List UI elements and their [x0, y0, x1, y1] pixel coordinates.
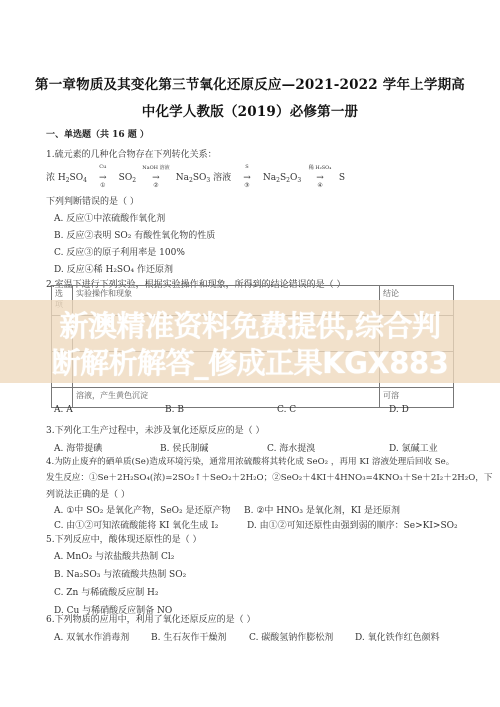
- q2-option-b[interactable]: B. B: [165, 405, 184, 415]
- q1-prompt: 下列判断错误的是（ ）: [46, 194, 139, 207]
- q4-option-a[interactable]: A. ①中 SO₂ 是氧化产物，SeO₂ 是还原产物: [54, 503, 231, 516]
- q1-option-b[interactable]: B. 反应②表明 SO₂ 有酸性氧化物的性质: [54, 228, 215, 241]
- reaction-arrow-1: Cu→①: [93, 173, 113, 183]
- q4-option-d[interactable]: D. 由①②可知还原性由强到弱的顺序：Se>KI>SO₂: [247, 518, 458, 531]
- q4-option-b[interactable]: B. ②中 HNO₃ 是氧化剂，KI 是还原剂: [244, 503, 400, 516]
- q3-option-a[interactable]: A. 海带提碘: [54, 441, 102, 454]
- q5-option-a[interactable]: A. MnO₂ 与浓盐酸共热制 Cl₂: [54, 549, 174, 562]
- reaction-arrow-4: 稀 H₂SO₄→④: [307, 173, 333, 183]
- q4-stem-line3: 列说法正确的是（ ）: [46, 487, 130, 500]
- q1-stem: 1.硫元素的几种化合物存在下列转化关系：: [46, 147, 217, 160]
- q5-option-b[interactable]: B. Na₂SO₃ 与浓硫酸共热制 SO₂: [54, 567, 186, 580]
- q6-stem: 6.下列物质的应用中，利用了氧化还原反应的是（ ）: [46, 612, 255, 625]
- q3-option-b[interactable]: B. 侯氏制碱: [160, 441, 208, 454]
- document-page: 第一章物质及其变化第三节氧化还原反应—2021-2022 学年上学期高 中化学人…: [0, 0, 500, 707]
- q6-option-a[interactable]: A. 双氧水作消毒剂: [54, 630, 129, 643]
- watermark-text-line1: 新澳精准资料免费提供,综合判: [0, 304, 500, 345]
- section-heading: 一、单选题（共 16 题 ）: [46, 127, 149, 140]
- q1-reaction-chain: 浓 H2SO4 Cu→① SO2 NaOH 溶液→② Na2SO3 溶液 S→③…: [46, 170, 345, 183]
- document-title-line2: 中化学人教版（2019）必修第一册: [0, 100, 500, 120]
- q4-option-c[interactable]: C. 由①②可知浓硫酸能将 KI 氧化生成 I₂: [54, 518, 218, 531]
- q3-option-c[interactable]: C. 海水提溴: [267, 441, 315, 454]
- watermark-text-line2: 断解析解答_修成正果KGX883: [0, 341, 500, 382]
- q6-option-b[interactable]: B. 生石灰作干燥剂: [151, 630, 226, 643]
- q4-stem-line2: 发生反应：①Se＋2H₂SO₄(浓)=2SO₂↑＋SeO₂＋2H₂O；②SeO₂…: [46, 471, 492, 483]
- q1-option-c[interactable]: C. 反应③的原子利用率是 100%: [54, 245, 185, 258]
- q1-option-a[interactable]: A. 反应①中浓硫酸作氧化剂: [54, 211, 165, 224]
- reaction-arrow-3: S→③: [237, 173, 257, 183]
- q3-option-d[interactable]: D. 氯碱工业: [389, 441, 438, 454]
- q1-option-d[interactable]: D. 反应④稀 H₂SO₄ 作还原剂: [54, 262, 173, 275]
- q2-option-c[interactable]: C. C: [277, 405, 296, 415]
- q2-option-d[interactable]: D. D: [389, 405, 409, 415]
- q2-option-a[interactable]: A. A: [54, 405, 73, 415]
- q5-option-c[interactable]: C. Zn 与稀硫酸反应制 H₂: [54, 585, 159, 598]
- q6-option-d[interactable]: D. 氧化铁作红色颜料: [355, 630, 440, 643]
- q6-option-c[interactable]: C. 碳酸氢钠作膨松剂: [249, 630, 333, 643]
- document-title-line1: 第一章物质及其变化第三节氧化还原反应—2021-2022 学年上学期高: [0, 73, 500, 93]
- q4-stem-line1: 4.为防止废弃的硒单质(Se)造成环境污染，通常用浓硫酸将其转化成 SeO₂ ，…: [46, 455, 454, 467]
- q5-stem: 5.下列反应中，酸体现还原性的是（ ）: [46, 532, 201, 545]
- q3-stem: 3.下列化工生产过程中，未涉及氧化还原反应的是（ ）: [46, 423, 264, 436]
- reaction-arrow-2: NaOH 溶液→②: [142, 173, 170, 183]
